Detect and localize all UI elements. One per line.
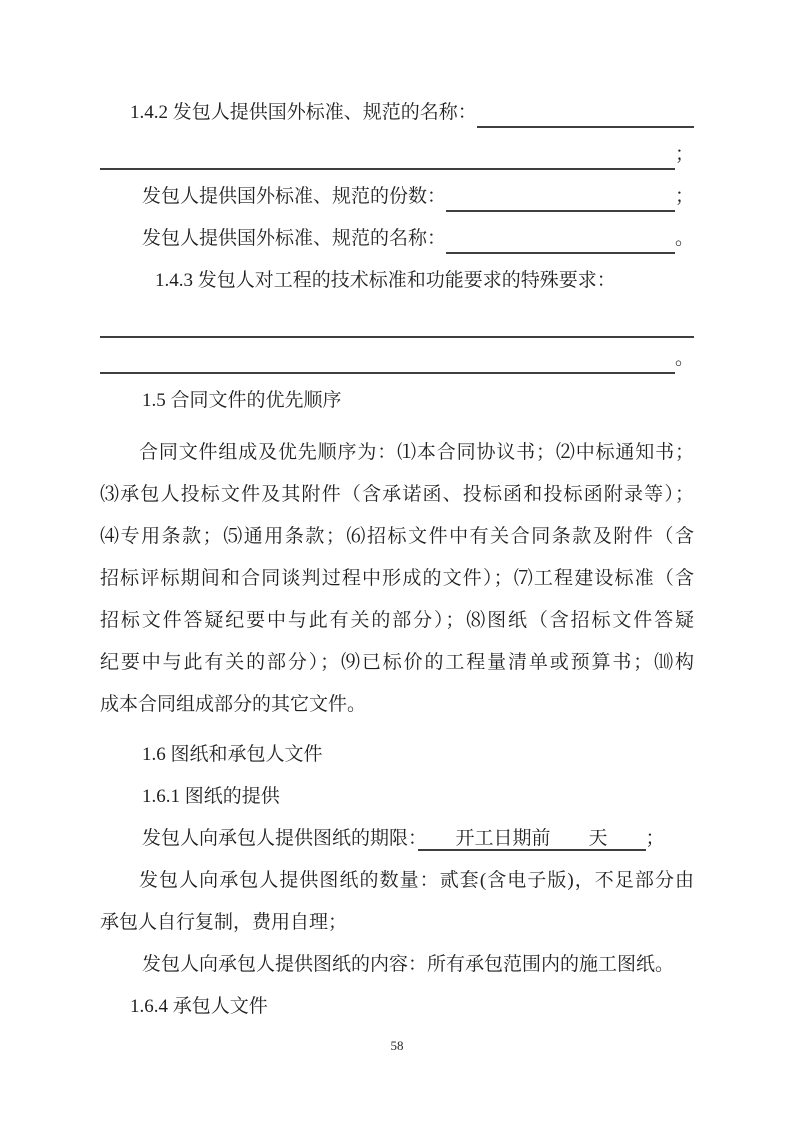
clause-1-4-3-blank-underline-1	[100, 302, 694, 338]
drawing-quantity-line-1: 发包人向承包人提供图纸的数量：贰套(含电子版)，不足部分由	[100, 860, 694, 902]
drawing-period-label: 发包人向承包人提供图纸的期限：	[142, 828, 418, 849]
paragraph-line: ⑶承包人投标文件及其附件（含承诺函、投标函和投标函附录等）；	[100, 474, 694, 516]
drawing-period-row: 发包人向承包人提供图纸的期限： 开工日期前 天 ；	[100, 818, 694, 860]
clause-1-4-3-period: 。	[675, 338, 694, 380]
copies-blank-underline	[446, 176, 675, 212]
paragraph-line: 成本合同组成部分的其它文件。	[100, 684, 694, 726]
clause-1-4-2-name2-row: 发包人提供国外标准、规范的名称： 。	[100, 218, 694, 260]
clause-1-4-2-copies-row: 发包人提供国外标准、规范的份数： ；	[100, 176, 694, 218]
clause-1-6-4-heading: 1.6.4 承包人文件	[100, 986, 694, 1028]
drawing-period-semicolon: ；	[646, 828, 665, 849]
clause-1-6-1-heading: 1.6.1 图纸的提供	[100, 776, 694, 818]
clause-1-4-3-blank-row-2: 。	[100, 338, 694, 380]
paragraph-line: 招标文件答疑纪要中与此有关的部分）；⑻图纸（含招标文件答疑	[100, 600, 694, 642]
drawing-quantity-paragraph: 发包人向承包人提供图纸的数量：贰套(含电子版)，不足部分由 承包人自行复制，费用…	[100, 860, 694, 944]
clause-1-5-paragraph: 合同文件组成及优先顺序为：⑴本合同协议书；⑵中标通知书； ⑶承包人投标文件及其附…	[100, 432, 694, 726]
copies-label: 发包人提供国外标准、规范的份数：	[142, 176, 446, 218]
clause-1-5-heading: 1.5 合同文件的优先顺序	[100, 380, 694, 422]
name-blank-continuation-row: ；	[100, 134, 694, 176]
paragraph-line: 招标评标期间和合同谈判过程中形成的文件）；⑺工程建设标准（含	[100, 558, 694, 600]
drawing-period-blank-value: 开工日期前 天	[418, 828, 646, 851]
paragraph-line: ⑷专用条款；⑸通用条款；⑹招标文件中有关合同条款及附件（含	[100, 516, 694, 558]
name2-blank-underline	[446, 218, 675, 254]
name2-label: 发包人提供国外标准、规范的名称：	[142, 218, 446, 260]
paragraph-line: 纪要中与此有关的部分）；⑼已标价的工程量清单或预算书；⑽构	[100, 642, 694, 684]
clause-1-6-heading: 1.6 图纸和承包人文件	[100, 734, 694, 776]
name-blank-underline-continuation	[100, 134, 675, 170]
drawing-content-row: 发包人向承包人提供图纸的内容：所有承包范围内的施工图纸。	[100, 944, 694, 986]
clause-1-4-3-heading: 1.4.3 发包人对工程的技术标准和功能要求的特殊要求：	[100, 260, 694, 302]
name-blank-underline	[477, 92, 694, 128]
clause-1-4-3-blank-underline-2	[100, 338, 675, 374]
name2-period: 。	[675, 218, 694, 260]
clause-1-4-2-name-row: 1.4.2 发包人提供国外标准、规范的名称：	[100, 92, 694, 134]
clause-1-4-2-name-label: 1.4.2 发包人提供国外标准、规范的名称：	[130, 92, 477, 134]
page-content: 1.4.2 发包人提供国外标准、规范的名称： ； 发包人提供国外标准、规范的份数…	[100, 92, 694, 1028]
paragraph-line: 合同文件组成及优先顺序为：⑴本合同协议书；⑵中标通知书；	[100, 432, 694, 474]
contract-document-page: 1.4.2 发包人提供国外标准、规范的名称： ； 发包人提供国外标准、规范的份数…	[0, 0, 794, 1122]
blank-line-semicolon: ；	[675, 134, 694, 176]
clause-1-4-3-blank-row-1	[100, 302, 694, 338]
page-number: 58	[0, 1036, 794, 1056]
copies-semicolon: ；	[675, 176, 694, 218]
drawing-quantity-line-2: 承包人自行复制，费用自理；	[100, 902, 694, 944]
